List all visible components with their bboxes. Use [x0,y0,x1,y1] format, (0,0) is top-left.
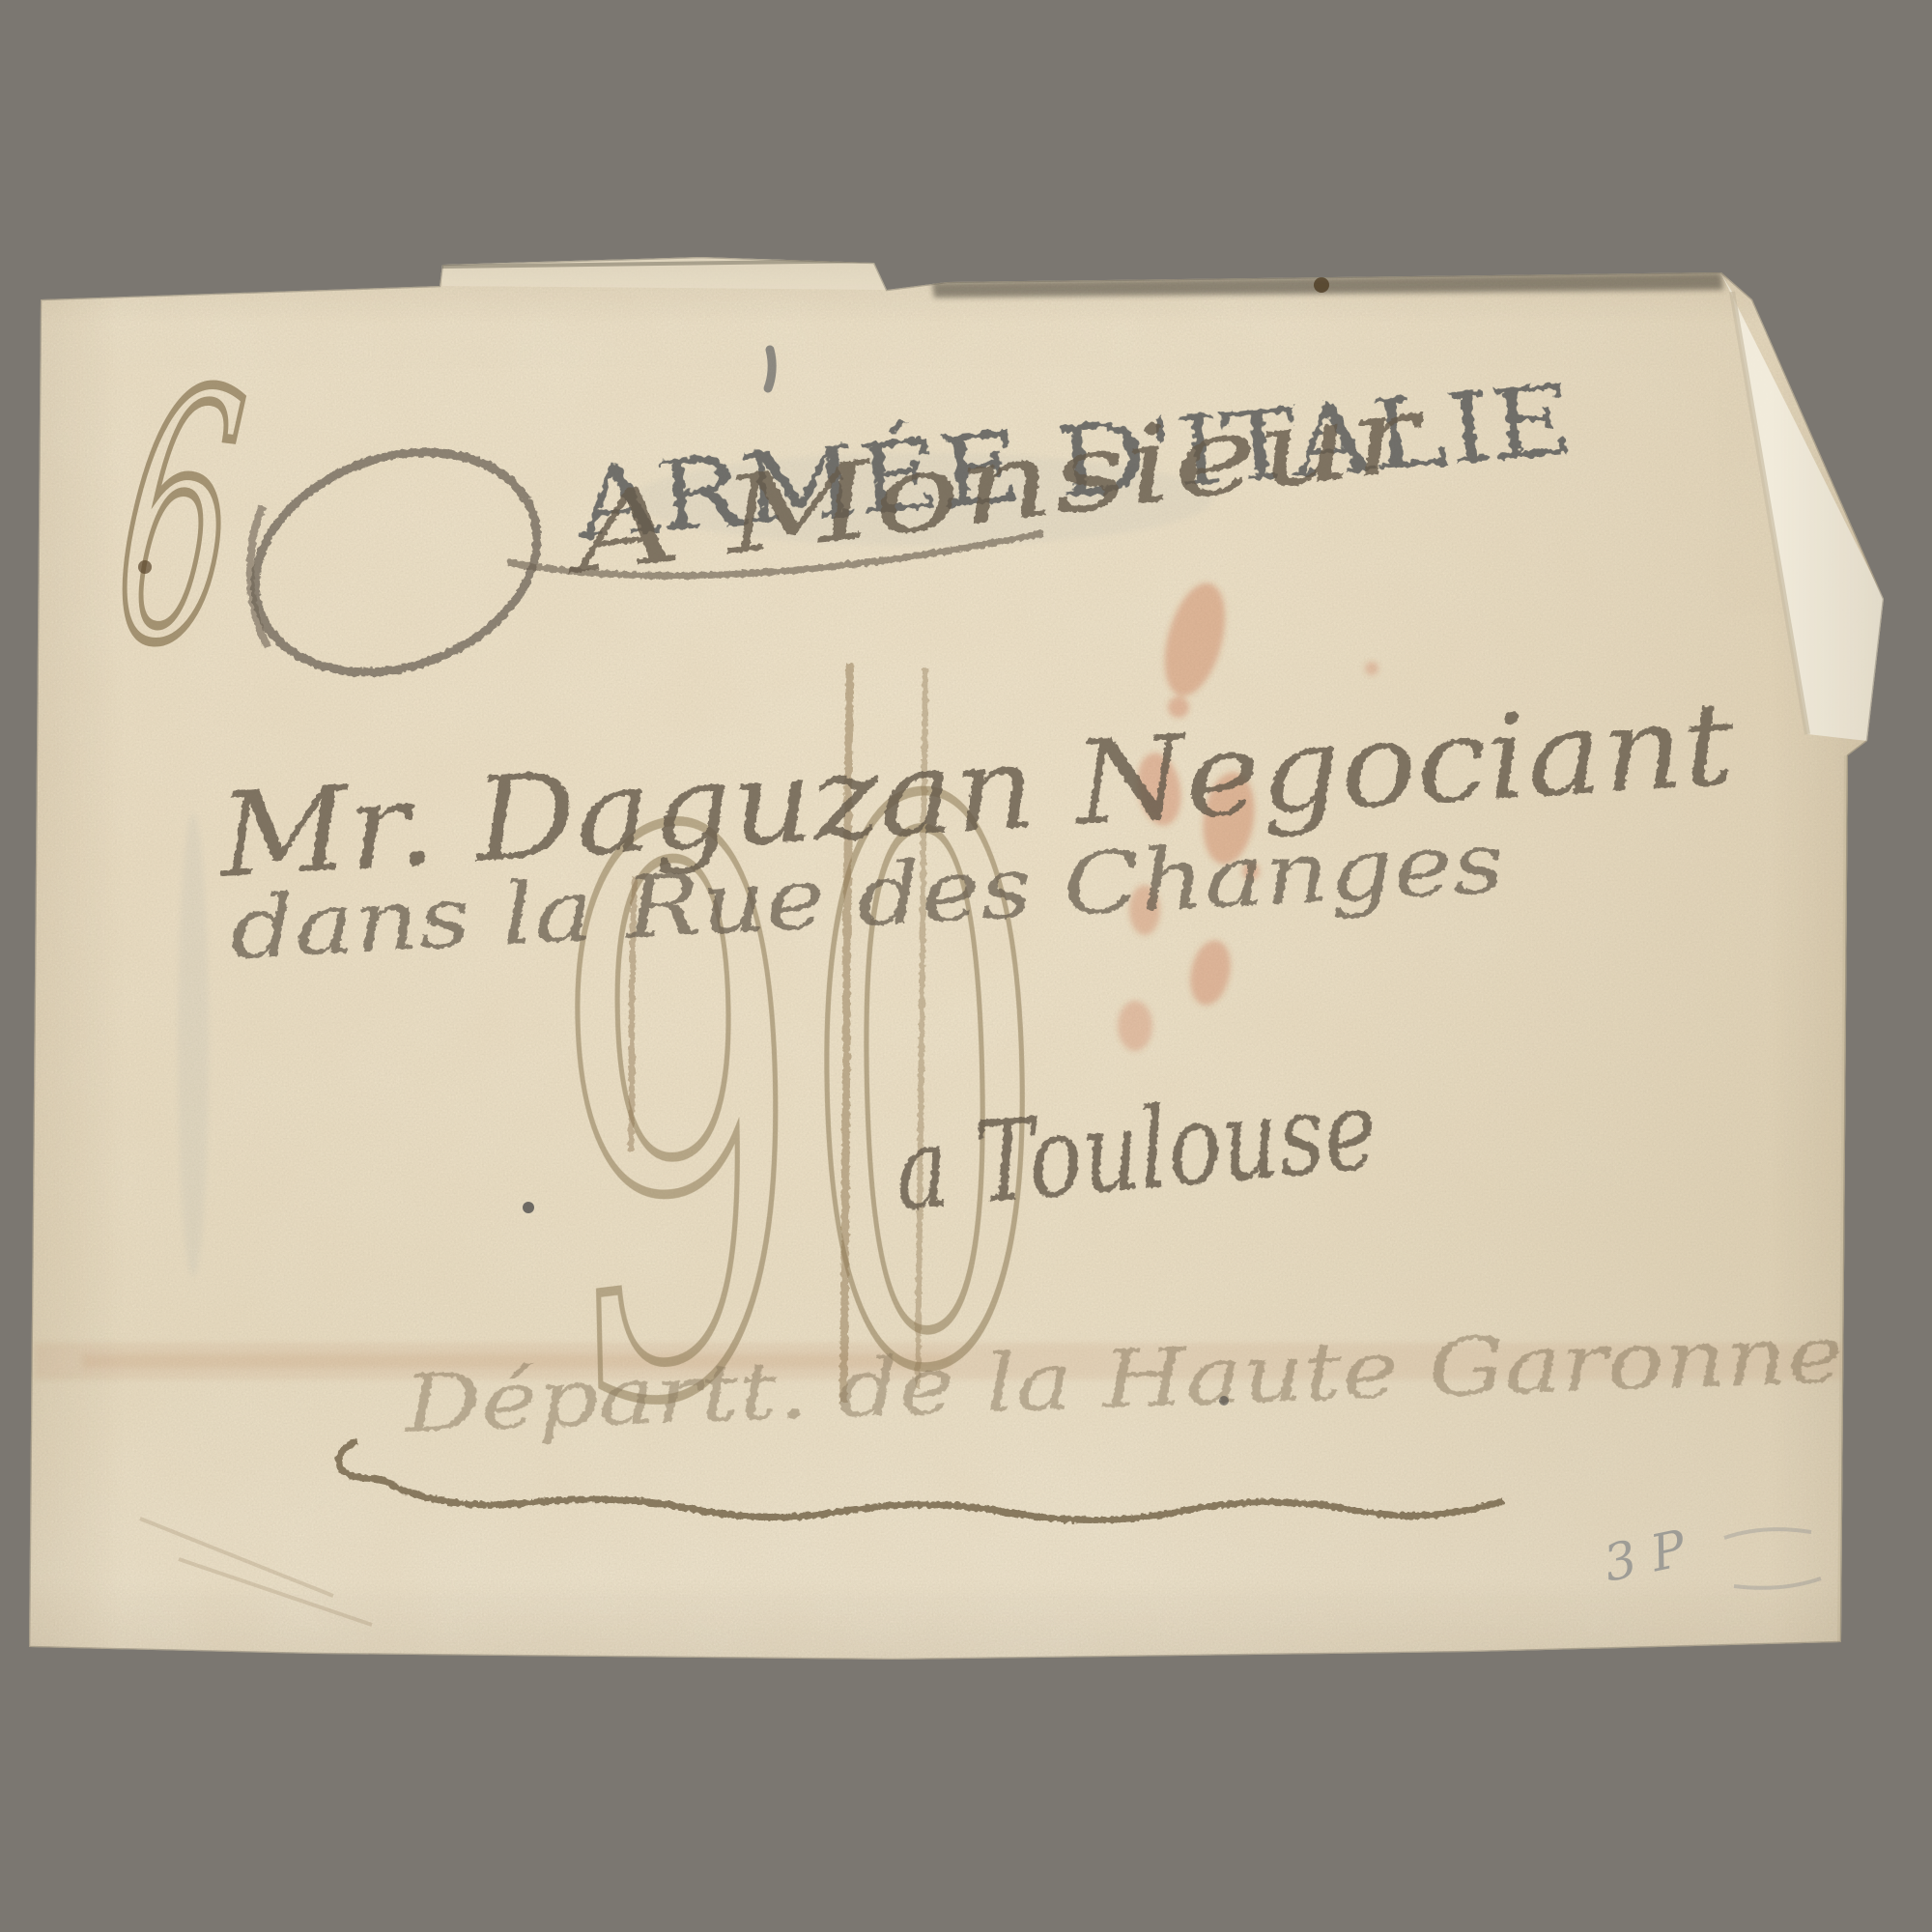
ink-speck-mid [523,1202,534,1213]
ink-speck-low [1219,1396,1229,1406]
letter-overlay: ARMÉE D'ITALIE 6 90 [24,253,1903,1663]
letter-sheet: ARMÉE D'ITALIE 6 90 [24,253,1903,1663]
ink-speck-left [138,560,152,574]
ink-speck-top [1314,277,1329,293]
showthrough-smudge-left [178,813,209,1277]
photo-background: ARMÉE D'ITALIE 6 90 [0,0,1932,1932]
accent-tick [768,350,772,388]
